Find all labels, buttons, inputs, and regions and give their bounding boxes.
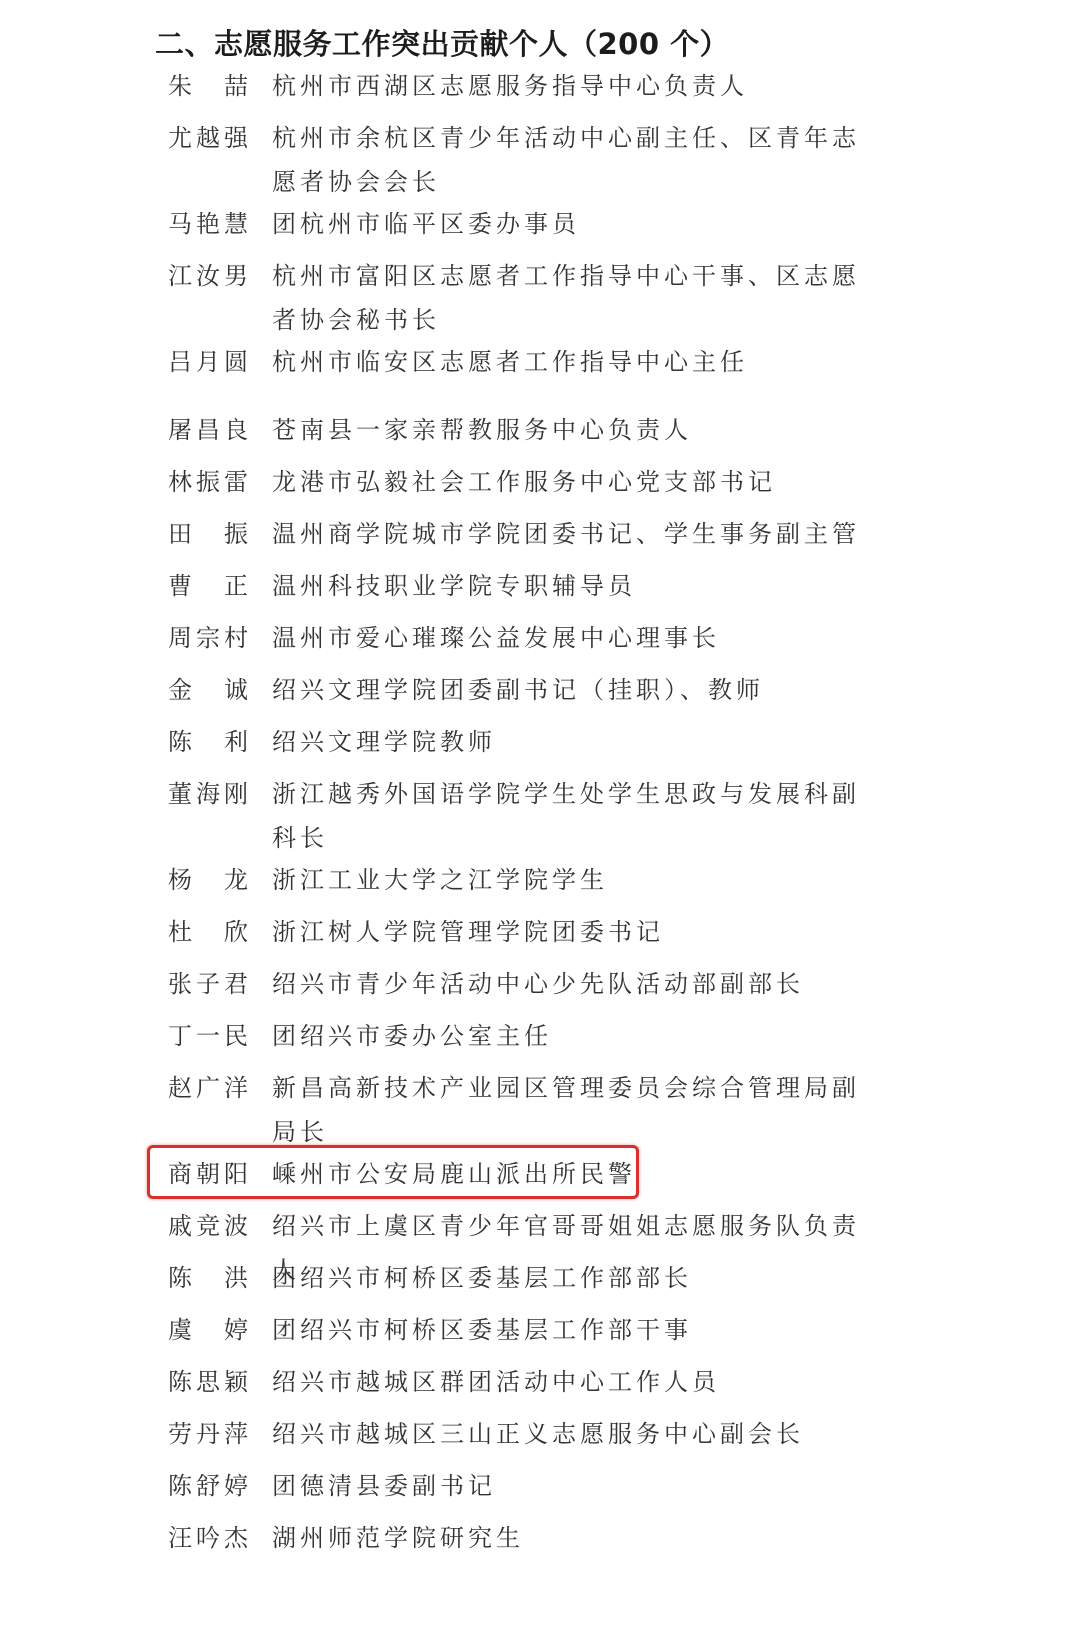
name-char: 一: [196, 1014, 220, 1058]
name-char: 颖: [224, 1360, 248, 1404]
person-title: 团绍兴市委办公室主任: [272, 1014, 872, 1058]
person-title: 温州科技职业学院专职辅导员: [272, 564, 872, 608]
name-char: 月: [196, 340, 220, 384]
person-title: 团绍兴市柯桥区委基层工作部部长: [272, 1256, 872, 1300]
name-char: 艳: [196, 202, 220, 246]
name-char: 婷: [224, 1308, 248, 1352]
name-char: 广: [196, 1066, 220, 1110]
name-char: 田: [168, 512, 192, 556]
name-char: 波: [224, 1204, 248, 1248]
name-char: 振: [196, 460, 220, 504]
name-char: 陈: [168, 720, 192, 764]
name-char: 民: [224, 1014, 248, 1058]
person-title: 苍南县一家亲帮教服务中心负责人: [272, 408, 872, 452]
name-char: 宗: [196, 616, 220, 660]
name-char: 汝: [196, 254, 220, 298]
person-title: 绍兴市越城区三山正义志愿服务中心副会长: [272, 1412, 872, 1456]
person-title: 绍兴文理学院团委副书记（挂职）、教师: [272, 668, 872, 712]
person-title: 浙江越秀外国语学院学生处学生思政与发展科副科长: [272, 772, 872, 860]
name-char: 刚: [224, 772, 248, 816]
name-char: 董: [168, 772, 192, 816]
person-name: 劳丹萍: [168, 1412, 248, 1456]
name-char: 吕: [168, 340, 192, 384]
name-char: 马: [168, 202, 192, 246]
person-name: 张子君: [168, 962, 248, 1006]
name-char: 雷: [224, 460, 248, 504]
person-title: 绍兴市越城区群团活动中心工作人员: [272, 1360, 872, 1404]
name-char: 诚: [224, 668, 248, 712]
person-name: 汪吟杰: [168, 1516, 248, 1560]
name-char: 男: [224, 254, 248, 298]
person-name: 曹正: [168, 564, 248, 608]
name-char: 慧: [224, 202, 248, 246]
name-char: 虞: [168, 1308, 192, 1352]
person-name: 杨龙: [168, 858, 248, 902]
name-char: 萍: [224, 1412, 248, 1456]
name-char: 舒: [196, 1464, 220, 1508]
name-char: 戚: [168, 1204, 192, 1248]
person-name: 周宗村: [168, 616, 248, 660]
name-char: 曹: [168, 564, 192, 608]
person-title: 杭州市西湖区志愿服务指导中心负责人: [272, 64, 872, 108]
person-name: 江汝男: [168, 254, 248, 298]
person-title: 杭州市富阳区志愿者工作指导中心干事、区志愿者协会秘书长: [272, 254, 872, 342]
name-char: 婷: [224, 1464, 248, 1508]
name-char: 喆: [224, 64, 248, 108]
name-char: 越: [196, 116, 220, 160]
person-name: 杜欣: [168, 910, 248, 954]
name-char: 良: [224, 408, 248, 452]
person-name: 丁一民: [168, 1014, 248, 1058]
person-name: 屠昌良: [168, 408, 248, 452]
person-title: 温州市爱心璀璨公益发展中心理事长: [272, 616, 872, 660]
name-char: 吟: [196, 1516, 220, 1560]
person-title: 杭州市临安区志愿者工作指导中心主任: [272, 340, 872, 384]
person-title: 新昌高新技术产业园区管理委员会综合管理局副局长: [272, 1066, 872, 1154]
name-char: 君: [224, 962, 248, 1006]
person-title: 团德清县委副书记: [272, 1464, 872, 1508]
person-name: 陈洪: [168, 1256, 248, 1300]
name-char: 龙: [224, 858, 248, 902]
name-char: 洪: [224, 1256, 248, 1300]
person-name: 陈思颖: [168, 1360, 248, 1404]
person-title: 绍兴文理学院教师: [272, 720, 872, 764]
person-name: 林振雷: [168, 460, 248, 504]
name-char: 振: [224, 512, 248, 556]
name-char: 昌: [196, 408, 220, 452]
person-title: 龙港市弘毅社会工作服务中心党支部书记: [272, 460, 872, 504]
person-name: 戚竞波: [168, 1204, 248, 1248]
name-char: 洋: [224, 1066, 248, 1110]
name-char: 圆: [224, 340, 248, 384]
name-char: 屠: [168, 408, 192, 452]
name-char: 杜: [168, 910, 192, 954]
name-char: 丁: [168, 1014, 192, 1058]
person-name: 朱喆: [168, 64, 248, 108]
person-title: 湖州师范学院研究生: [272, 1516, 872, 1560]
name-char: 杨: [168, 858, 192, 902]
person-name: 虞婷: [168, 1308, 248, 1352]
name-char: 尤: [168, 116, 192, 160]
name-char: 劳: [168, 1412, 192, 1456]
person-name: 金诚: [168, 668, 248, 712]
name-char: 张: [168, 962, 192, 1006]
name-char: 陈: [168, 1256, 192, 1300]
section-heading: 二、志愿服务工作突出贡献个人（200 个）: [155, 22, 729, 63]
person-name: 陈利: [168, 720, 248, 764]
document-page: 二、志愿服务工作突出贡献个人（200 个） 朱喆杭州市西湖区志愿服务指导中心负责…: [0, 0, 1080, 1646]
person-name: 赵广洋: [168, 1066, 248, 1110]
person-title: 浙江树人学院管理学院团委书记: [272, 910, 872, 954]
person-title: 团绍兴市柯桥区委基层工作部干事: [272, 1308, 872, 1352]
name-char: 竞: [196, 1204, 220, 1248]
person-title: 杭州市余杭区青少年活动中心副主任、区青年志愿者协会会长: [272, 116, 872, 204]
name-char: 思: [196, 1360, 220, 1404]
person-name: 董海刚: [168, 772, 248, 816]
person-title: 温州商学院城市学院团委书记、学生事务副主管: [272, 512, 872, 556]
name-char: 海: [196, 772, 220, 816]
person-name: 马艳慧: [168, 202, 248, 246]
name-char: 村: [224, 616, 248, 660]
name-char: 汪: [168, 1516, 192, 1560]
highlight-box: [147, 1145, 639, 1199]
name-char: 丹: [196, 1412, 220, 1456]
person-title: 浙江工业大学之江学院学生: [272, 858, 872, 902]
name-char: 强: [224, 116, 248, 160]
name-char: 陈: [168, 1360, 192, 1404]
name-char: 正: [224, 564, 248, 608]
name-char: 杰: [224, 1516, 248, 1560]
name-char: 利: [224, 720, 248, 764]
name-char: 子: [196, 962, 220, 1006]
name-char: 江: [168, 254, 192, 298]
name-char: 金: [168, 668, 192, 712]
person-title: 绍兴市青少年活动中心少先队活动部副部长: [272, 962, 872, 1006]
name-char: 周: [168, 616, 192, 660]
person-name: 田振: [168, 512, 248, 556]
name-char: 林: [168, 460, 192, 504]
name-char: 赵: [168, 1066, 192, 1110]
person-name: 尤越强: [168, 116, 248, 160]
person-name: 吕月圆: [168, 340, 248, 384]
person-name: 陈舒婷: [168, 1464, 248, 1508]
person-title: 团杭州市临平区委办事员: [272, 202, 872, 246]
name-char: 陈: [168, 1464, 192, 1508]
name-char: 欣: [224, 910, 248, 954]
name-char: 朱: [168, 64, 192, 108]
